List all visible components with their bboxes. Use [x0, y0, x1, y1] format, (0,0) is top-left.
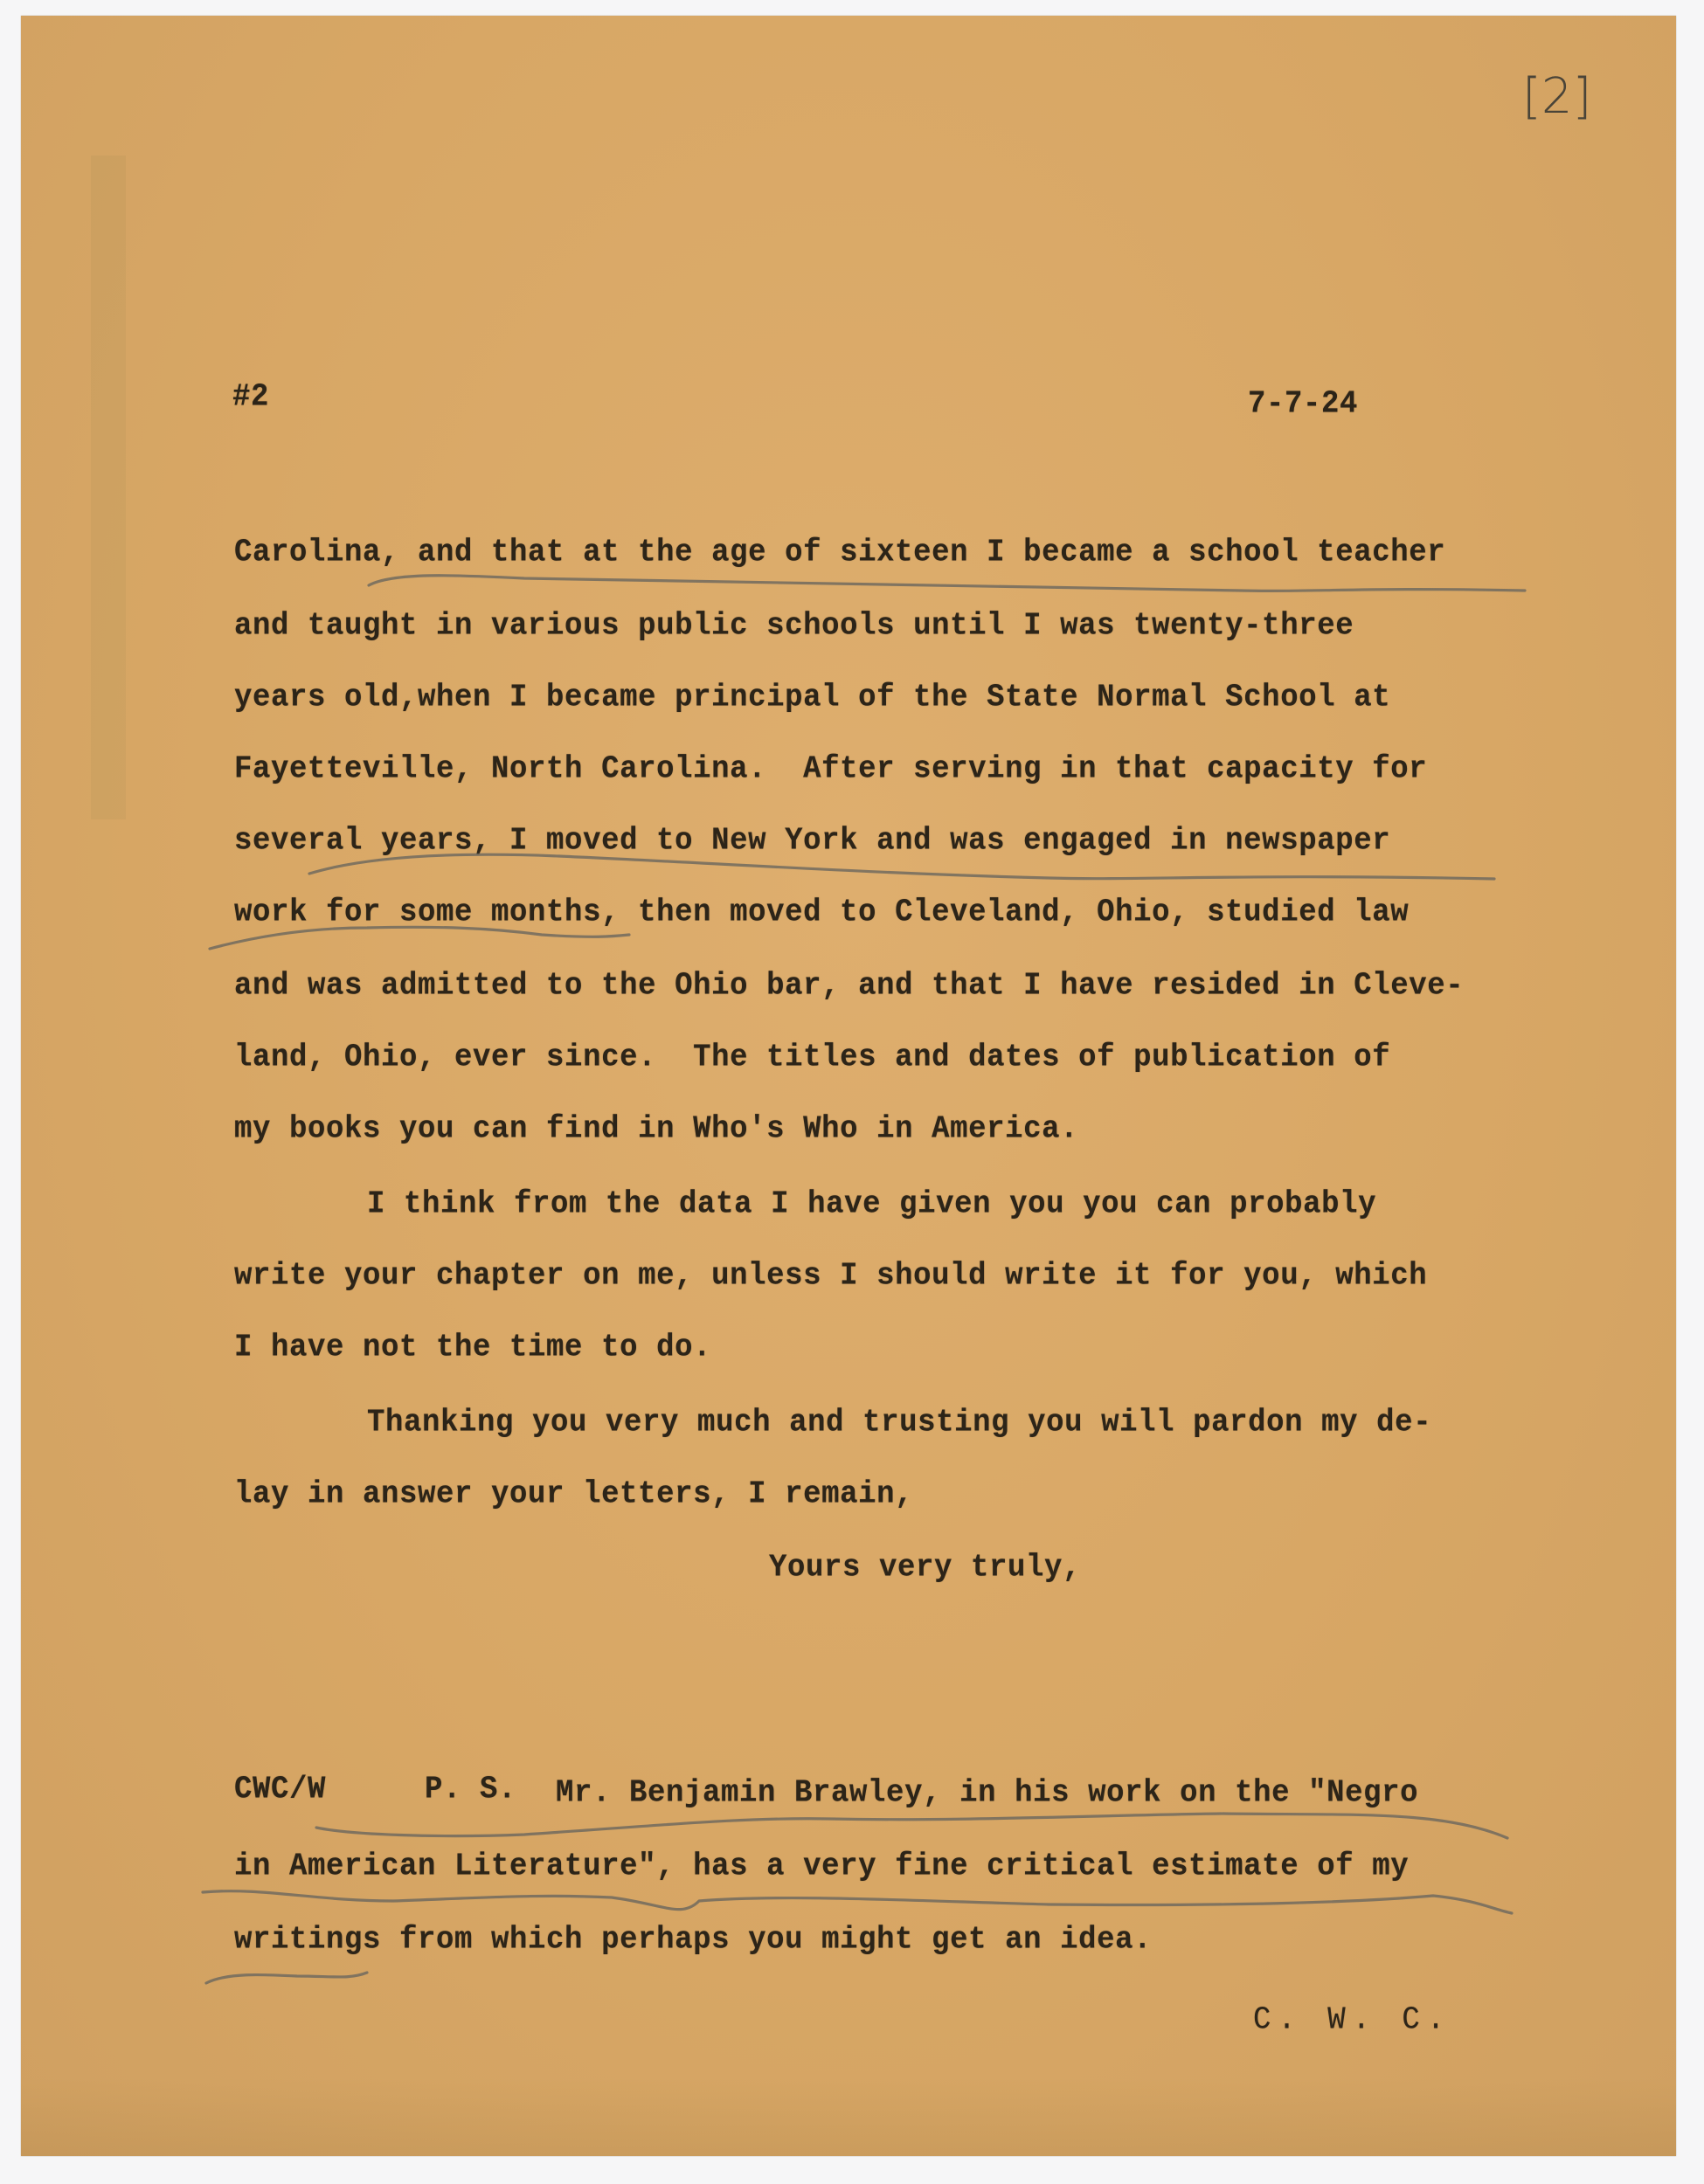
underline-writings [206, 1973, 367, 1983]
underline-some-months [210, 927, 629, 949]
pencil-underlines [0, 0, 1704, 2184]
underline-school-teacher [369, 576, 1525, 591]
underline-american-literature [203, 1891, 1512, 1913]
underline-new-york [309, 854, 1494, 879]
underline-brawley [316, 1814, 1507, 1838]
